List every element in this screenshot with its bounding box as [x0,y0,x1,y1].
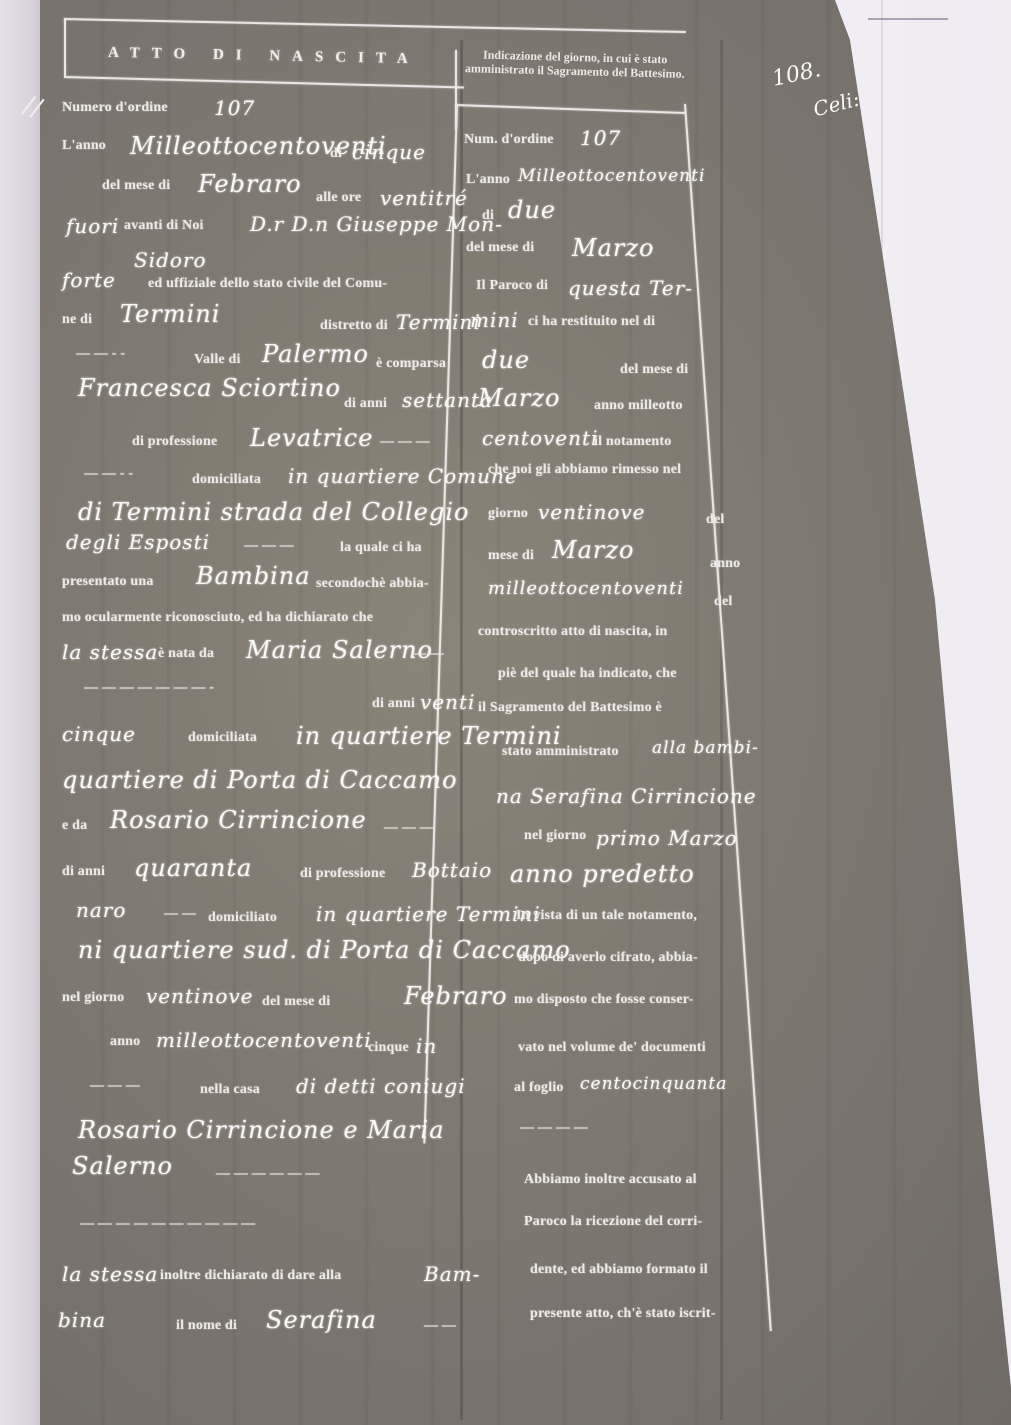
header-box-left [64,18,66,76]
top-scribble-mark [868,18,948,20]
header-note: Indicazione del giorno, in cui è stato a… [460,47,691,81]
fold-line [720,40,723,1420]
